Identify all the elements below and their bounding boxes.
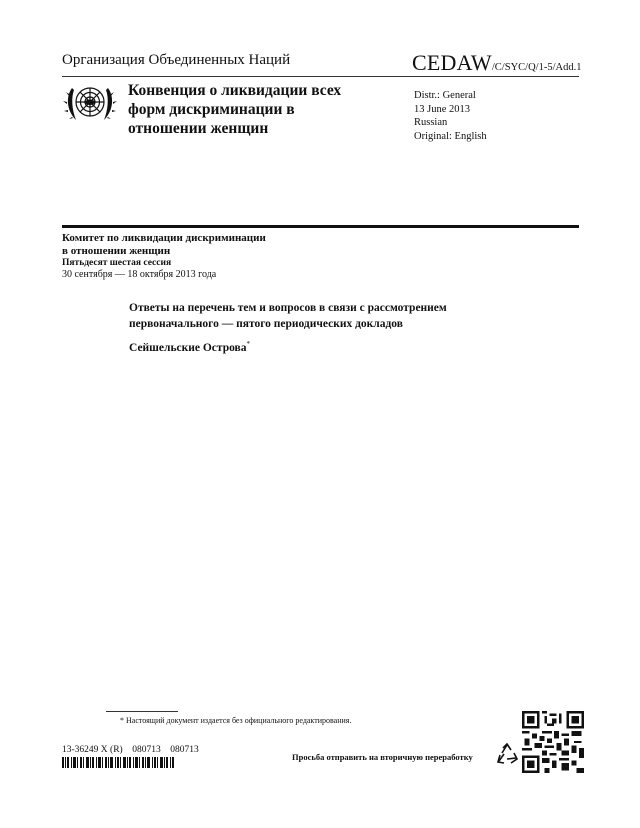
convention-title-line: отношении женщин <box>128 119 388 138</box>
job-number: 13-36249 X (R) 080713 080713 <box>62 745 199 755</box>
barcode-icon <box>62 757 174 768</box>
distr-date: 13 June 2013 <box>414 103 487 117</box>
committee-rule <box>62 225 579 228</box>
recycle-icon <box>494 742 520 768</box>
distr-original: Original: English <box>414 130 487 144</box>
qr-code-icon <box>522 711 584 773</box>
symbol-main: CEDAW <box>412 50 492 75</box>
committee-name: Комитет по ликвидации дискриминации в от… <box>62 232 266 257</box>
country-heading: Сейшельские Острова* <box>129 340 250 354</box>
un-emblem-icon <box>62 80 118 126</box>
footnote-text: * Настоящий документ издается без официа… <box>120 716 351 725</box>
session-label: Пятьдесят шестая сессия <box>62 257 171 269</box>
committee-name-line: в отношении женщин <box>62 245 266 258</box>
convention-title: Конвенция о ликвидации всех форм дискрим… <box>128 81 388 138</box>
document-title-line: Ответы на перечень тем и вопросов в связ… <box>129 300 529 316</box>
distr-status: Distr.: General <box>414 89 487 103</box>
convention-title-line: Конвенция о ликвидации всех <box>128 81 388 100</box>
distr-language: Russian <box>414 116 487 130</box>
document-title: Ответы на перечень тем и вопросов в связ… <box>129 300 529 332</box>
header-rule <box>62 76 579 77</box>
convention-title-line: форм дискриминации в <box>128 100 388 119</box>
recycle-text: Просьба отправить на вторичную переработ… <box>292 752 473 762</box>
symbol-suffix: /C/SYC/Q/1-5/Add.1 <box>492 62 582 73</box>
footnote-marker[interactable]: * <box>247 340 251 348</box>
footnote-separator <box>106 711 178 712</box>
organization-name: Организация Объединенных Наций <box>62 52 290 69</box>
distribution-block: Distr.: General 13 June 2013 Russian Ori… <box>414 89 487 143</box>
committee-name-line: Комитет по ликвидации дискриминации <box>62 232 266 245</box>
document-symbol: CEDAW/C/SYC/Q/1-5/Add.1 <box>412 50 581 76</box>
document-title-line: первоначального — пятого периодических д… <box>129 316 529 332</box>
session-dates: 30 сентября — 18 октября 2013 года <box>62 269 216 281</box>
country-name: Сейшельские Острова <box>129 342 247 354</box>
